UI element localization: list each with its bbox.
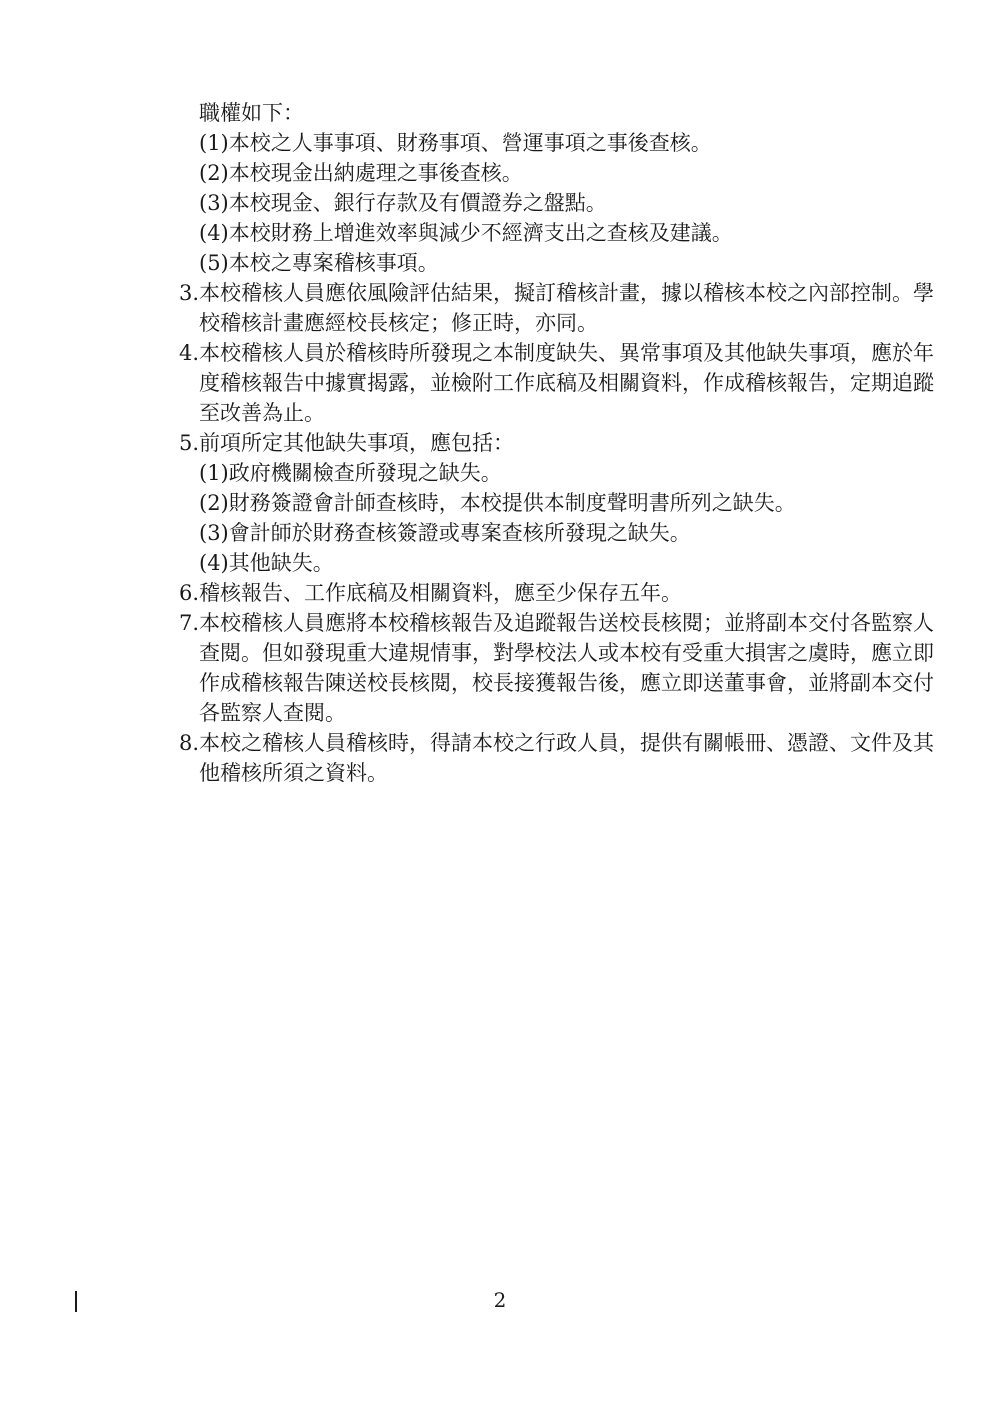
- item-marker: (3): [199, 521, 229, 545]
- numbered-item-3: 3. 本校稽核人員應依風險評估結果，擬訂稽核計畫，據以稽核本校之內部控制。學校稽…: [179, 278, 940, 338]
- item-marker: (2): [199, 491, 229, 515]
- item-text: 本校稽核人員應將本校稽核報告及追蹤報告送校長核閱；並將副本交付各監察人查閱。但如…: [199, 608, 940, 728]
- page-number: 2: [0, 1288, 1000, 1312]
- item-marker: (4): [199, 551, 229, 575]
- item-number: 8.: [179, 728, 199, 758]
- list-item-a4: (4)本校財務上增進效率與減少不經濟支出之查核及建議。: [199, 218, 940, 248]
- document-page: 職權如下： (1)本校之人事事項、財務事項、營運事項之事後查核。 (2)本校現金…: [0, 0, 1000, 1415]
- list-item-b3: (3)會計師於財務查核簽證或專案查核所發現之缺失。: [199, 518, 940, 548]
- document-body: 職權如下： (1)本校之人事事項、財務事項、營運事項之事後查核。 (2)本校現金…: [179, 98, 940, 788]
- item-number: 4.: [179, 338, 199, 368]
- continuation-line: 職權如下：: [199, 98, 940, 128]
- numbered-item-7: 7. 本校稽核人員應將本校稽核報告及追蹤報告送校長核閱；並將副本交付各監察人查閱…: [179, 608, 940, 728]
- list-item-b1: (1)政府機關檢查所發現之缺失。: [199, 458, 940, 488]
- item-text: 本校財務上增進效率與減少不經濟支出之查核及建議。: [229, 221, 733, 245]
- item-text: 會計師於財務查核簽證或專案查核所發現之缺失。: [229, 521, 691, 545]
- item-text: 本校之稽核人員稽核時，得請本校之行政人員，提供有關帳冊、憑證、文件及其他稽核所須…: [199, 728, 940, 788]
- list-item-b4: (4)其他缺失。: [199, 548, 940, 578]
- numbered-item-8: 8. 本校之稽核人員稽核時，得請本校之行政人員，提供有關帳冊、憑證、文件及其他稽…: [179, 728, 940, 788]
- item-number: 6.: [179, 578, 199, 608]
- list-item-a5: (5)本校之專案稽核事項。: [199, 248, 940, 278]
- item-text: 本校現金、銀行存款及有價證券之盤點。: [229, 191, 607, 215]
- item-number: 3.: [179, 278, 199, 308]
- item-marker: (5): [199, 251, 229, 275]
- item-marker: (1): [199, 131, 229, 155]
- numbered-item-5: 5. 前項所定其他缺失事項，應包括：: [179, 428, 940, 458]
- item-text: 前項所定其他缺失事項，應包括：: [199, 428, 940, 458]
- item-text: 本校之人事事項、財務事項、營運事項之事後查核。: [229, 131, 712, 155]
- item-text: 本校稽核人員應依風險評估結果，擬訂稽核計畫，據以稽核本校之內部控制。學校稽核計畫…: [199, 278, 940, 338]
- item-text: 財務簽證會計師查核時，本校提供本制度聲明書所列之缺失。: [229, 491, 796, 515]
- item-marker: (3): [199, 191, 229, 215]
- item-text: 政府機關檢查所發現之缺失。: [229, 461, 502, 485]
- item-marker: (1): [199, 461, 229, 485]
- list-item-a1: (1)本校之人事事項、財務事項、營運事項之事後查核。: [199, 128, 940, 158]
- item-marker: (4): [199, 221, 229, 245]
- list-item-b2: (2)財務簽證會計師查核時，本校提供本制度聲明書所列之缺失。: [199, 488, 940, 518]
- item-text: 本校稽核人員於稽核時所發現之本制度缺失、異常事項及其他缺失事項，應於年度稽核報告…: [199, 338, 940, 428]
- item-text: 本校現金出納處理之事後查核。: [229, 161, 523, 185]
- item-text: 本校之專案稽核事項。: [229, 251, 439, 275]
- item-text: 其他缺失。: [229, 551, 334, 575]
- item-number: 7.: [179, 608, 199, 638]
- list-item-a2: (2)本校現金出納處理之事後查核。: [199, 158, 940, 188]
- numbered-item-6: 6. 稽核報告、工作底稿及相關資料，應至少保存五年。: [179, 578, 940, 608]
- list-item-a3: (3)本校現金、銀行存款及有價證券之盤點。: [199, 188, 940, 218]
- item-text: 稽核報告、工作底稿及相關資料，應至少保存五年。: [199, 578, 940, 608]
- item-marker: (2): [199, 161, 229, 185]
- numbered-item-4: 4. 本校稽核人員於稽核時所發現之本制度缺失、異常事項及其他缺失事項，應於年度稽…: [179, 338, 940, 428]
- item-number: 5.: [179, 428, 199, 458]
